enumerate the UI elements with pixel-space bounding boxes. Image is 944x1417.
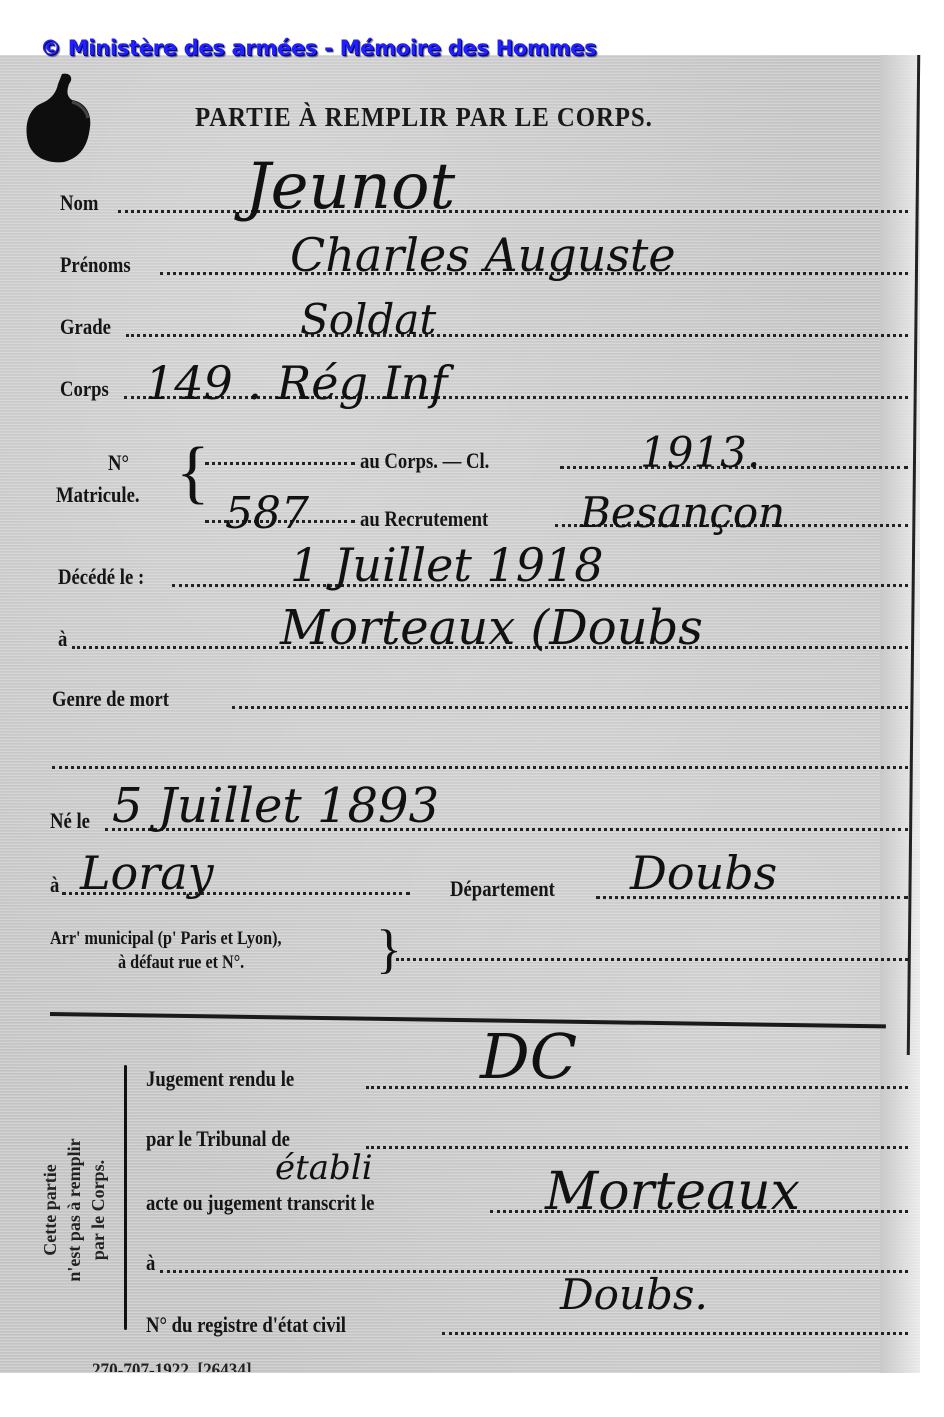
nom-value: Jeunot xyxy=(245,150,455,224)
departement-annotation: Doubs. xyxy=(560,1270,708,1319)
nom-dotted-line xyxy=(118,210,908,213)
corps-label: Corps xyxy=(60,376,109,402)
side-note-line2: n'est pas à remplir xyxy=(62,1090,86,1330)
matricule-no-label: N° xyxy=(108,450,129,476)
side-note-line1: Cette partie xyxy=(38,1090,62,1330)
decede-a-label: à xyxy=(58,626,67,652)
transcrit-a-dotted-line xyxy=(160,1270,908,1273)
registre-dotted-line xyxy=(442,1332,908,1335)
genre-de-mort-label: Genre de mort xyxy=(52,686,169,712)
departement-label: Département xyxy=(450,876,555,902)
matricule-label: Matricule. xyxy=(56,482,140,508)
prenoms-label: Prénoms xyxy=(60,252,131,278)
jugement-rendu-dotted-line xyxy=(366,1086,908,1089)
ne-a-value: Loray xyxy=(80,846,214,900)
ink-blot-icon xyxy=(22,72,97,167)
judgement-side-note: Cette partie n'est pas à remplir par le … xyxy=(38,1090,110,1330)
arrondissement-label-line2: à défaut rue et N°. xyxy=(118,952,244,974)
departement-value: Doubs xyxy=(630,846,777,900)
ne-a-label: à xyxy=(50,872,59,898)
matricule-brace: { xyxy=(176,438,210,508)
jugement-rendu-label: Jugement rendu le xyxy=(146,1066,294,1092)
print-code: 270-707-1922. [26434] xyxy=(92,1358,252,1372)
etabli-annotation: établi xyxy=(275,1148,373,1188)
decede-le-value: 1 Juillet 1918 xyxy=(290,538,604,592)
paper-edge-fade xyxy=(880,55,920,1373)
genre-de-mort-dotted-line xyxy=(232,706,908,709)
grade-label: Grade xyxy=(60,314,111,340)
transcrit-value: Morteaux xyxy=(545,1162,800,1222)
form-title: PARTIE À REMPLIR PAR LE CORPS. xyxy=(195,102,653,133)
ne-le-value: 5 Juillet 1893 xyxy=(112,778,439,834)
tribunal-label: par le Tribunal de xyxy=(146,1126,290,1152)
decede-le-label: Décédé le : xyxy=(58,564,144,590)
recrutement-number-value: 587 xyxy=(225,488,309,539)
side-note-line3: par le Corps. xyxy=(86,1090,110,1330)
grade-value: Soldat xyxy=(300,295,436,344)
registre-label: N° du registre d'état civil xyxy=(146,1312,346,1338)
transcrit-label: acte ou jugement transcrit le xyxy=(146,1190,374,1216)
arrondissement-brace: } xyxy=(376,922,402,976)
tribunal-dotted-line xyxy=(366,1146,908,1149)
copyright-watermark: © Ministère des armées - Mémoire des Hom… xyxy=(40,36,596,60)
au-recrutement-label: au Recrutement xyxy=(360,506,488,532)
nom-label: Nom xyxy=(60,190,98,216)
ne-le-label: Né le xyxy=(50,808,90,834)
arrondissement-label-line1: Arr' municipal (p' Paris et Lyon), xyxy=(50,928,281,950)
classe-value: 1913. xyxy=(640,428,760,477)
transcrit-a-label: à xyxy=(146,1250,155,1276)
recrutement-value: Besançon xyxy=(580,488,785,537)
au-corps-label: au Corps. — Cl. xyxy=(360,448,489,474)
corps-value: 149 . Rég Inf xyxy=(145,356,447,410)
decede-a-value: Morteaux (Doubs xyxy=(280,600,703,656)
jugement-rendu-value: DC xyxy=(480,1020,577,1093)
genre-de-mort-dotted-line-2 xyxy=(52,766,908,769)
prenoms-value: Charles Auguste xyxy=(290,228,676,282)
judgement-section-brace xyxy=(124,1065,127,1330)
arrondissement-dotted-line xyxy=(396,958,908,961)
grade-dotted-line xyxy=(126,334,908,337)
au-corps-dotted-line xyxy=(205,462,355,465)
